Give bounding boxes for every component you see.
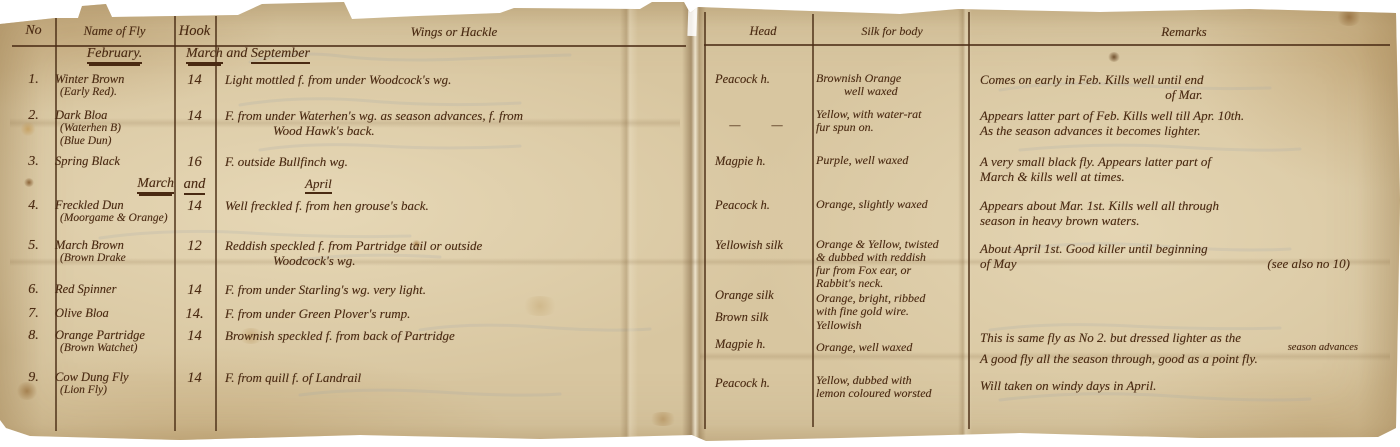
text-line: Appears about Mar. 1st. Kills well all t… (980, 198, 1388, 213)
hook-size: 16 (174, 154, 215, 171)
row-number: 4. (12, 198, 55, 214)
fly-name: Spring Black (55, 154, 174, 168)
hook-size: 14 (174, 328, 215, 345)
silk-text: Yellow, with water-rat fur spun on. (811, 108, 968, 134)
text-line: Brownish speckled f. from back of Partri… (225, 328, 683, 343)
row-number: 7. (12, 306, 55, 322)
table-header-row: No Name of Fly Hook Wings or Hackle Head… (12, 16, 1388, 46)
table-row: 4. Freckled Dun (Moorgame & Orange) 14 W… (12, 198, 1388, 238)
fly-name: Cow Dung Fly (Lion Fly) (55, 370, 174, 397)
table-row: 9. Cow Dung Fly (Lion Fly) 14 F. from qu… (12, 370, 1388, 414)
row-number: 6. (12, 282, 55, 298)
stain-mark (72, 4, 82, 12)
text-line: season in heavy brown waters. (980, 213, 1388, 228)
text-line: F. from under Green Plover's rump. (225, 306, 683, 321)
text-line: Well freckled f. from hen grouse's back. (225, 198, 683, 213)
text-line: Light mottled f. from under Woodcock's w… (225, 72, 683, 87)
header-silk-for-body: Silk for body (811, 25, 968, 38)
remarks-text: Appears latter part of Feb. Kills well t… (968, 108, 1388, 138)
header-no: No (12, 23, 55, 39)
hook-size: 14 (174, 72, 215, 89)
fly-name: Dark Bloa (Waterhen B) (Blue Dun) (55, 108, 174, 148)
text-line: well waxed (844, 85, 968, 98)
text-line: Spring Black (55, 155, 174, 168)
head-text: Brown silk (705, 306, 811, 325)
hook-size: 12 (174, 238, 215, 255)
row-number: 5. (12, 238, 55, 254)
remarks-text: This is same fly as No 2. but dressed li… (968, 328, 1388, 366)
row-number: 1. (12, 72, 55, 88)
text-line: (Early Red). (60, 86, 174, 99)
header-name-of-fly: Name of Fly (55, 24, 174, 38)
table-row: 5. March Brown (Brown Drake 12 Reddish s… (12, 238, 1388, 282)
section-season-label: March and September (174, 46, 1388, 62)
head-text: Magpie h. (705, 154, 811, 169)
text-line: F. outside Bullfinch wg. (225, 154, 683, 169)
row-number: 9. (12, 370, 55, 386)
remarks-text: A very small black fly. Appears latter p… (968, 154, 1388, 184)
text-line: and (184, 176, 206, 195)
head-text: — — (705, 108, 811, 133)
text-line: and (223, 46, 251, 61)
text-line: Woodcock's wg. (273, 253, 683, 268)
remarks-text: About April 1st. Good killer until begin… (968, 238, 1388, 271)
text-line: Olive Bloa (55, 307, 174, 320)
table-row: 6. Red Spinner 14 F. from under Starling… (12, 282, 1388, 306)
silk-text: Orange, slightly waxed (811, 198, 968, 211)
text-line: (Lion Fly) (60, 384, 174, 397)
section-conjunction: and (174, 176, 215, 193)
stain-mark (648, 412, 678, 426)
head-text: Yellowish silk (705, 238, 811, 253)
wings-hackle-text: F. from under Starling's wg. very light. (215, 282, 683, 297)
fly-name: Red Spinner (55, 282, 174, 296)
text-line: (Brown Drake (60, 252, 174, 265)
hook-size: 14. (174, 306, 215, 323)
hook-size: 14 (174, 370, 215, 387)
text-line: March (137, 176, 174, 194)
silk-text: Orange, well waxed (811, 328, 968, 354)
text-line: March (186, 46, 223, 64)
table-row: 1. Winter Brown (Early Red). 14 Light mo… (12, 72, 1388, 108)
hook-size: 14 (174, 198, 215, 215)
text-line: (Blue Dun) (60, 135, 174, 148)
table-row: 8. Orange Partridge (Brown Watchet) 14 B… (12, 328, 1388, 370)
text-line: Freckled Dun (55, 199, 174, 212)
text-line: Cow Dung Fly (55, 371, 174, 384)
row-number: 2. (12, 108, 55, 124)
wings-hackle-text: F. outside Bullfinch wg. (215, 154, 683, 169)
text-line: Winter Brown (55, 73, 174, 86)
head-text: Peacock h. (705, 198, 811, 213)
fly-name: Freckled Dun (Moorgame & Orange) (55, 198, 174, 225)
text-line: April (305, 176, 332, 194)
text-line: Will taken on windy days in April. (980, 378, 1388, 393)
silk-text: Purple, well waxed (811, 154, 968, 167)
fly-name: Orange Partridge (Brown Watchet) (55, 328, 174, 355)
text-line: (see also no 10) (980, 256, 1388, 271)
silk-text: Brownish Orange well waxed (811, 72, 968, 98)
text-line: F. from under Waterhen's wg. as season a… (225, 108, 683, 123)
text-line: As the season advances it becomes lighte… (980, 123, 1388, 138)
text-line: Purple, well waxed (816, 154, 968, 167)
text-line: A good fly all the season through, good … (980, 351, 1388, 366)
head-text: Orange silk (705, 282, 811, 303)
text-line: Dark Bloa (55, 109, 174, 122)
hook-size: 14 (174, 282, 215, 299)
head-text: Magpie h. (705, 328, 811, 352)
text-line: About April 1st. Good killer until begin… (980, 241, 1388, 256)
section-month-label: February. (55, 46, 174, 60)
wings-hackle-text: Light mottled f. from under Woodcock's w… (215, 72, 683, 87)
wings-hackle-text: Well freckled f. from hen grouse's back. (215, 198, 683, 213)
hook-size: 14 (174, 108, 215, 125)
text-line: February. (87, 46, 143, 64)
wings-hackle-text: Brownish speckled f. from back of Partri… (215, 328, 683, 343)
text-line: lemon coloured worsted (816, 387, 968, 400)
text-line: fur spun on. (816, 121, 968, 134)
fly-name: Winter Brown (Early Red). (55, 72, 174, 99)
table-row: 7. Olive Bloa 14. F. from under Green Pl… (12, 306, 1388, 328)
text-line: (Moorgame & Orange) (60, 212, 174, 225)
silk-text: Yellow, dubbed with lemon coloured worst… (811, 370, 968, 400)
text-line: Appears latter part of Feb. Kills well t… (980, 108, 1388, 123)
text-line: F. from quill f. of Landrail (225, 370, 683, 385)
wings-hackle-text: F. from quill f. of Landrail (215, 370, 683, 385)
section-month-label: April (215, 176, 683, 191)
head-text: Peacock h. (705, 370, 811, 391)
text-line: Comes on early in Feb. Kills well until … (980, 72, 1388, 87)
text-line: Orange, well waxed (816, 341, 968, 354)
remarks-text: Appears about Mar. 1st. Kills well all t… (968, 198, 1388, 228)
head-text: Peacock h. (705, 72, 811, 87)
fly-table: No Name of Fly Hook Wings or Hackle Head… (12, 16, 1388, 414)
header-remarks: Remarks (968, 24, 1388, 39)
remarks-text: Will taken on windy days in April. (968, 370, 1388, 393)
wings-hackle-text: Reddish speckled f. from Partridge tail … (215, 238, 683, 268)
text-line: A very small black fly. Appears latter p… (980, 154, 1388, 169)
header-wings-or-hackle: Wings or Hackle (215, 24, 683, 39)
text-line: March & kills well at times. (980, 169, 1388, 184)
wings-hackle-text: F. from under Waterhen's wg. as season a… (215, 108, 683, 138)
header-hook: Hook (174, 23, 215, 40)
text-line: September (251, 46, 310, 64)
row-number: 3. (12, 154, 55, 170)
header-head: Head (705, 24, 811, 39)
fly-name: Olive Bloa (55, 306, 174, 320)
row-number: 8. (12, 328, 55, 344)
section-month-label: March (55, 176, 174, 190)
wings-hackle-text: F. from under Green Plover's rump. (215, 306, 683, 321)
fly-name: March Brown (Brown Drake (55, 238, 174, 265)
text-line: March Brown (55, 239, 174, 252)
section-header-february: February. March and September (12, 46, 1388, 72)
remarks-text: Comes on early in Feb. Kills well until … (968, 72, 1388, 102)
text-line: Reddish speckled f. from Partridge tail … (225, 238, 683, 253)
text-line: Wood Hawk's back. (273, 123, 683, 138)
text-line: Orange, slightly waxed (816, 198, 968, 211)
aged-paper: No Name of Fly Hook Wings or Hackle Head… (0, 0, 1400, 447)
text-line: of Mar. (980, 87, 1388, 102)
table-row: 3. Spring Black 16 F. outside Bullfinch … (12, 154, 1388, 176)
text-line: (Brown Watchet) (60, 342, 174, 355)
text-line: F. from under Starling's wg. very light. (225, 282, 683, 297)
table-row: 2. Dark Bloa (Waterhen B) (Blue Dun) 14 … (12, 108, 1388, 154)
text-line: (Waterhen B) (60, 122, 174, 135)
text-line: Orange Partridge (55, 329, 174, 342)
scanned-document-page: No Name of Fly Hook Wings or Hackle Head… (0, 0, 1400, 447)
text-line: Red Spinner (55, 283, 174, 296)
